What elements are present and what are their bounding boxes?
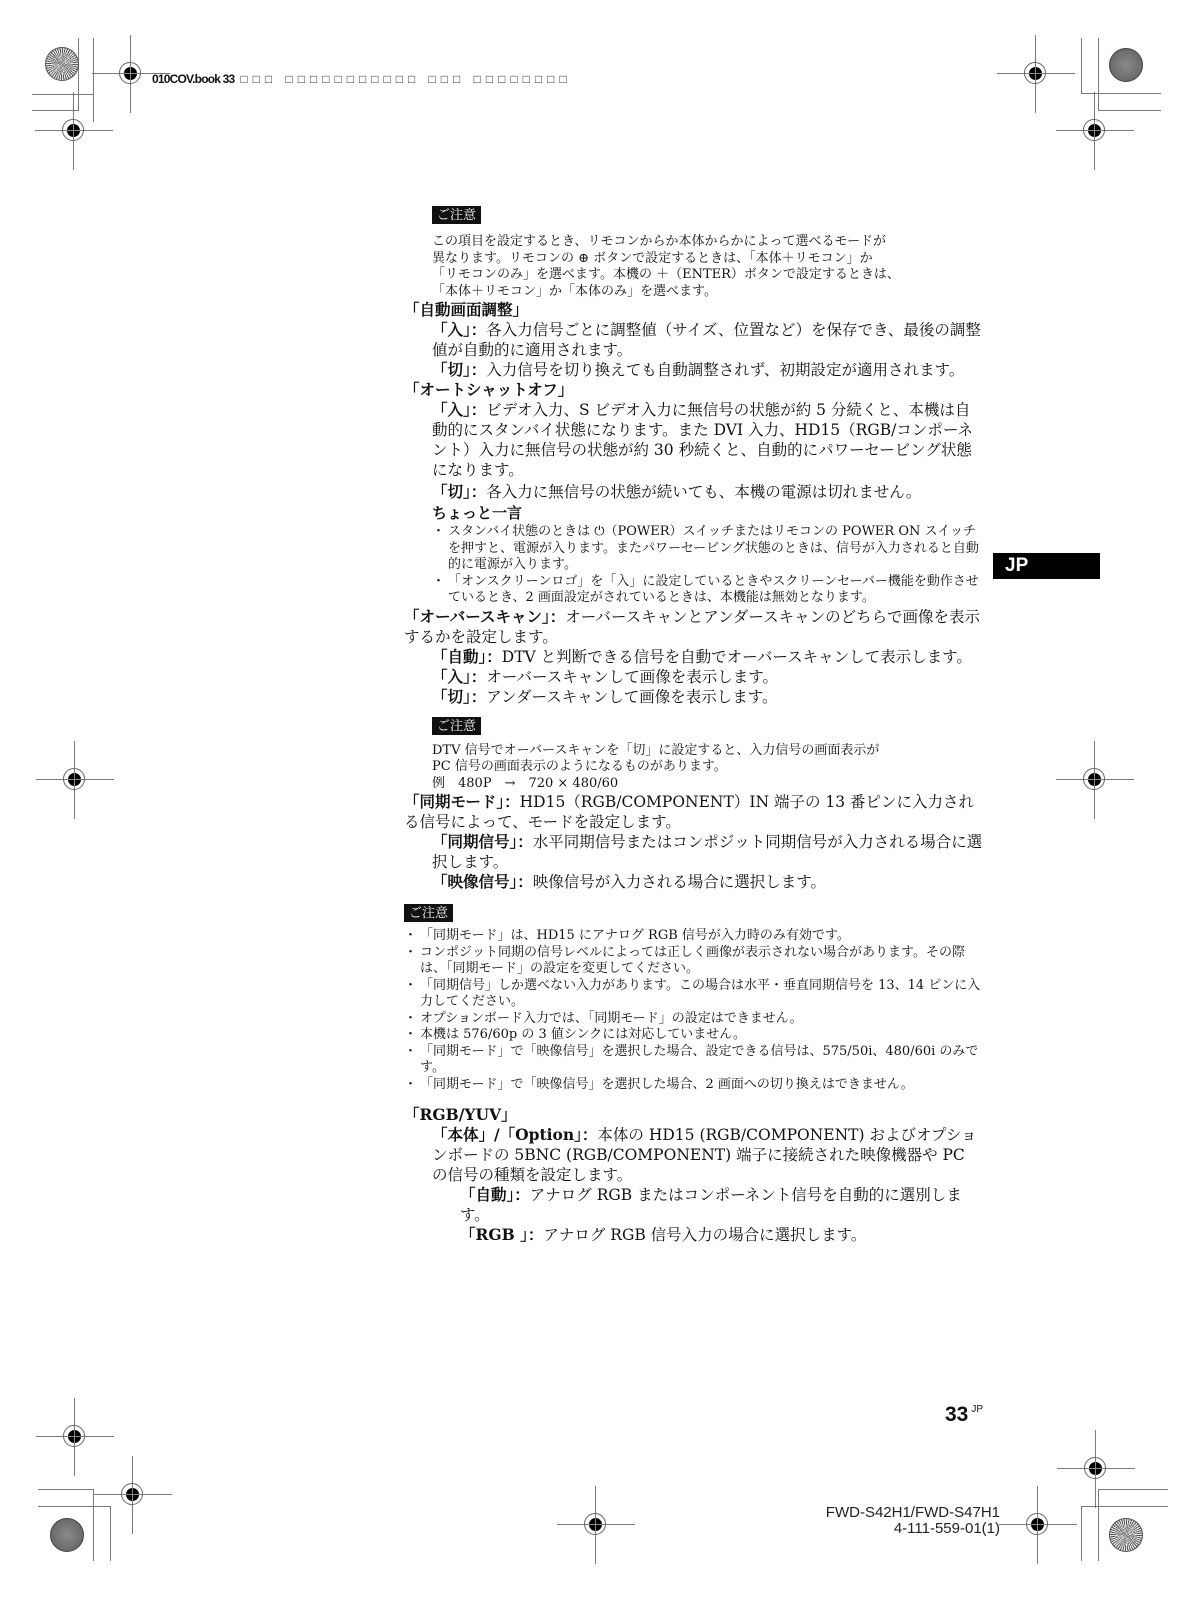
note-line: DTV 信号でオーバースキャンを「切」に設定すると、入力信号の画面表示が <box>432 743 984 760</box>
note-block: ご注意 「同期モード」は、HD15 にアナログ RGB 信号が入力時のみ有効です… <box>404 902 984 1093</box>
registration-mark-icon <box>58 763 92 797</box>
slug-garbled-text: □□□ □□□□□□□□□□□ □□□ □□□□□□□□ <box>240 72 571 86</box>
registration-mark-icon <box>1019 57 1053 91</box>
option-text: アンダースキャンして画像を表示します。 <box>486 688 777 706</box>
section-heading: 「オートシャットオフ」 <box>404 380 984 400</box>
crop-line <box>110 1506 111 1561</box>
option-item: 「切」：各入力に無信号の状態が続いても、本機の電源は切れません。 <box>404 482 984 502</box>
page-number-suffix: JP <box>971 1404 983 1415</box>
gray-target-icon <box>1109 48 1143 82</box>
option-item: 「RGB 」：アナログ RGB 信号入力の場合に選択します。 <box>404 1225 984 1245</box>
page-number-value: 33 <box>945 1403 968 1426</box>
option-text: 各入力信号ごとに調整値（サイズ、位置など）を保存でき、最後の調整値が自動的に適用… <box>432 321 981 359</box>
section-heading: 「RGB/YUV」 <box>404 1105 984 1125</box>
option-item: 「入」：ビデオ入力、S ビデオ入力に無信号の状態が約 5 分続くと、本機は自動的… <box>404 400 984 480</box>
tip-block: ちょっと一言 スタンバイ状態のときは ⏻（POWER）スイッチまたはリモコンの … <box>404 504 984 607</box>
option-label: 「入」： <box>432 320 486 339</box>
option-label: 「映像信号」： <box>432 872 533 891</box>
registration-mark-icon <box>1021 1508 1055 1542</box>
crop-line <box>1081 1506 1168 1507</box>
note-bullet: コンポジット同期の信号レベルによっては正しく画像が表示されない場合があります。そ… <box>404 945 984 978</box>
registration-mark-icon <box>1079 1452 1113 1486</box>
option-label: 「切」： <box>432 360 486 379</box>
note-bullet: 本機は 576/60p の 3 値シンクには対応していません。 <box>404 1027 984 1044</box>
option-label: 「切」： <box>432 687 486 706</box>
note-bullet: 「同期モード」は、HD15 にアナログ RGB 信号が入力時のみ有効です。 <box>404 928 984 945</box>
section-sync-mode: 「同期モード」：HD15（RGB/COMPONENT）IN 端子の 13 番ピン… <box>404 792 984 832</box>
note-tag: ご注意 <box>404 904 453 922</box>
note-bullets: 「同期モード」は、HD15 にアナログ RGB 信号が入力時のみ有効です。 コン… <box>404 928 984 1093</box>
tip-title: ちょっと一言 <box>432 504 984 524</box>
print-slug: 010COV.book 33□□□ □□□□□□□□□□□ □□□ □□□□□□… <box>152 72 572 86</box>
star-target-icon <box>1109 1518 1143 1552</box>
gray-target-icon <box>50 1518 84 1552</box>
crop-line <box>1098 110 1161 111</box>
note-bullet: 「同期モード」で「映像信号」を選択した場合、2 画面への切り換えはできません。 <box>404 1077 984 1094</box>
crop-line <box>1098 1489 1099 1561</box>
note-line: PC 信号の画面表示のようになるものがあります。 <box>432 759 984 776</box>
crop-line <box>1081 93 1161 94</box>
option-label: 「切」： <box>432 482 486 501</box>
note-bullet: 「同期モード」で「映像信号」を選択した場合、設定できる信号は、575/50i、4… <box>404 1044 984 1077</box>
section-heading: 「同期モード」： <box>404 792 520 811</box>
note-bullet: オプションボード入力では、「同期モード」の設定はできません。 <box>404 1011 984 1028</box>
option-label: 「同期信号」： <box>432 832 533 851</box>
main-content: ご注意 この項目を設定するとき、リモコンからか本体からかによって選べるモードが … <box>404 204 984 1245</box>
option-item: 「切」：アンダースキャンして画像を表示します。 <box>404 687 984 707</box>
note-example: 例 480P → 720 × 480/60 <box>432 776 984 793</box>
crop-line <box>1098 38 1099 111</box>
option-text: 各入力に無信号の状態が続いても、本機の電源は切れません。 <box>486 483 921 501</box>
crop-line <box>78 38 79 111</box>
part-number: 4-111-559-01(1) <box>826 1521 1000 1537</box>
option-text: 入力信号を切り換えても自動調整されず、初期設定が適用されます。 <box>486 361 964 379</box>
crop-line <box>1081 1506 1082 1561</box>
note-line: 「リモコンのみ」を選べます。本機の ＋（ENTER）ボタンで設定するときは、 <box>432 267 984 284</box>
note-block: ご注意 DTV 信号でオーバースキャンを「切」に設定すると、入力信号の画面表示が… <box>404 715 984 793</box>
note-line: 異なります。リモコンの ⊕ ボタンで設定するときは、「本体＋リモコン」か <box>432 251 984 268</box>
option-text: ビデオ入力、S ビデオ入力に無信号の状態が約 5 分続くと、本機は自動的にスタン… <box>432 401 973 479</box>
option-text: アナログ RGB またはコンポーネント信号を自動的に選別します。 <box>460 1186 962 1224</box>
option-item: 「映像信号」：映像信号が入力される場合に選択します。 <box>404 872 984 892</box>
crop-line <box>38 1506 111 1507</box>
option-item: 「本体」/「Option」：本体の HD15 (RGB/COMPONENT) お… <box>404 1125 984 1185</box>
note-tag: ご注意 <box>432 717 481 735</box>
note-block: ご注意 この項目を設定するとき、リモコンからか本体からかによって選べるモードが … <box>404 204 984 300</box>
registration-mark-icon <box>1078 763 1112 797</box>
registration-mark-icon <box>1078 114 1112 148</box>
note-text: DTV 信号でオーバースキャンを「切」に設定すると、入力信号の画面表示が PC … <box>432 743 984 793</box>
model-info: FWD-S42H1/FWD-S47H1 4-111-559-01(1) <box>826 1505 1000 1537</box>
note-bullet: 「同期信号」しか選べない入力があります。この場合は水平・垂直同期信号を 13、1… <box>404 978 984 1011</box>
registration-mark-icon <box>57 114 91 148</box>
option-item: 「入」：オーバースキャンして画像を表示します。 <box>404 667 984 687</box>
crop-line <box>93 38 94 122</box>
crop-line <box>38 1489 94 1490</box>
option-text: DTV と判断できる信号を自動でオーバースキャンして表示します。 <box>502 648 972 666</box>
registration-mark-icon <box>58 1420 92 1454</box>
crop-line <box>93 1489 94 1561</box>
crop-line <box>1098 1489 1168 1490</box>
option-item: 「同期信号」：水平同期信号またはコンポジット同期信号が入力される場合に選択します… <box>404 832 984 872</box>
option-item: 「切」：入力信号を切り換えても自動調整されず、初期設定が適用されます。 <box>404 360 984 380</box>
option-label: 「入」： <box>432 400 486 419</box>
crop-line <box>32 94 94 95</box>
note-line: 「本体＋リモコン」か「本体のみ」を選べます。 <box>432 284 984 301</box>
crop-line <box>1081 38 1082 94</box>
option-label: 「自動」： <box>460 1185 530 1204</box>
section-heading: 「自動画面調整」 <box>404 300 984 320</box>
section-overscan: 「オーバースキャン」：オーバースキャンとアンダースキャンのどちらで画像を表示する… <box>404 607 984 647</box>
option-label: 「自動」： <box>432 647 502 666</box>
option-item: 「自動」：DTV と判断できる信号を自動でオーバースキャンして表示します。 <box>404 647 984 667</box>
registration-mark-icon <box>114 57 148 91</box>
option-text: 映像信号が入力される場合に選択します。 <box>533 873 826 891</box>
registration-mark-icon <box>116 1478 150 1512</box>
language-tab: JP <box>993 553 1100 579</box>
page-number: 33JP <box>945 1403 983 1427</box>
tip-bullet: 「オンスクリーンロゴ」を「入」に設定しているときやスクリーンセーバー機能を動作さ… <box>432 574 984 607</box>
note-text: この項目を設定するとき、リモコンからか本体からかによって選べるモードが 異なりま… <box>432 234 984 300</box>
note-line: この項目を設定するとき、リモコンからか本体からかによって選べるモードが <box>432 234 984 251</box>
model-name: FWD-S42H1/FWD-S47H1 <box>826 1505 1000 1521</box>
option-item: 「入」：各入力信号ごとに調整値（サイズ、位置など）を保存でき、最後の調整値が自動… <box>404 320 984 360</box>
slug-text: 010COV.book 33 <box>152 72 234 86</box>
section-heading: 「オーバースキャン」： <box>404 607 565 626</box>
star-target-icon <box>45 47 79 81</box>
option-item: 「自動」：アナログ RGB またはコンポーネント信号を自動的に選別します。 <box>404 1185 984 1225</box>
option-text: オーバースキャンして画像を表示します。 <box>486 668 778 686</box>
option-label: 「RGB 」： <box>460 1225 543 1244</box>
note-tag: ご注意 <box>432 206 481 224</box>
option-label: 「本体」/「Option」： <box>432 1125 597 1144</box>
option-label: 「入」： <box>432 667 486 686</box>
registration-mark-icon <box>579 1508 613 1542</box>
crop-line <box>32 110 79 111</box>
tip-bullet: スタンバイ状態のときは ⏻（POWER）スイッチまたはリモコンの POWER O… <box>432 524 984 574</box>
option-text: アナログ RGB 信号入力の場合に選択します。 <box>543 1226 866 1244</box>
